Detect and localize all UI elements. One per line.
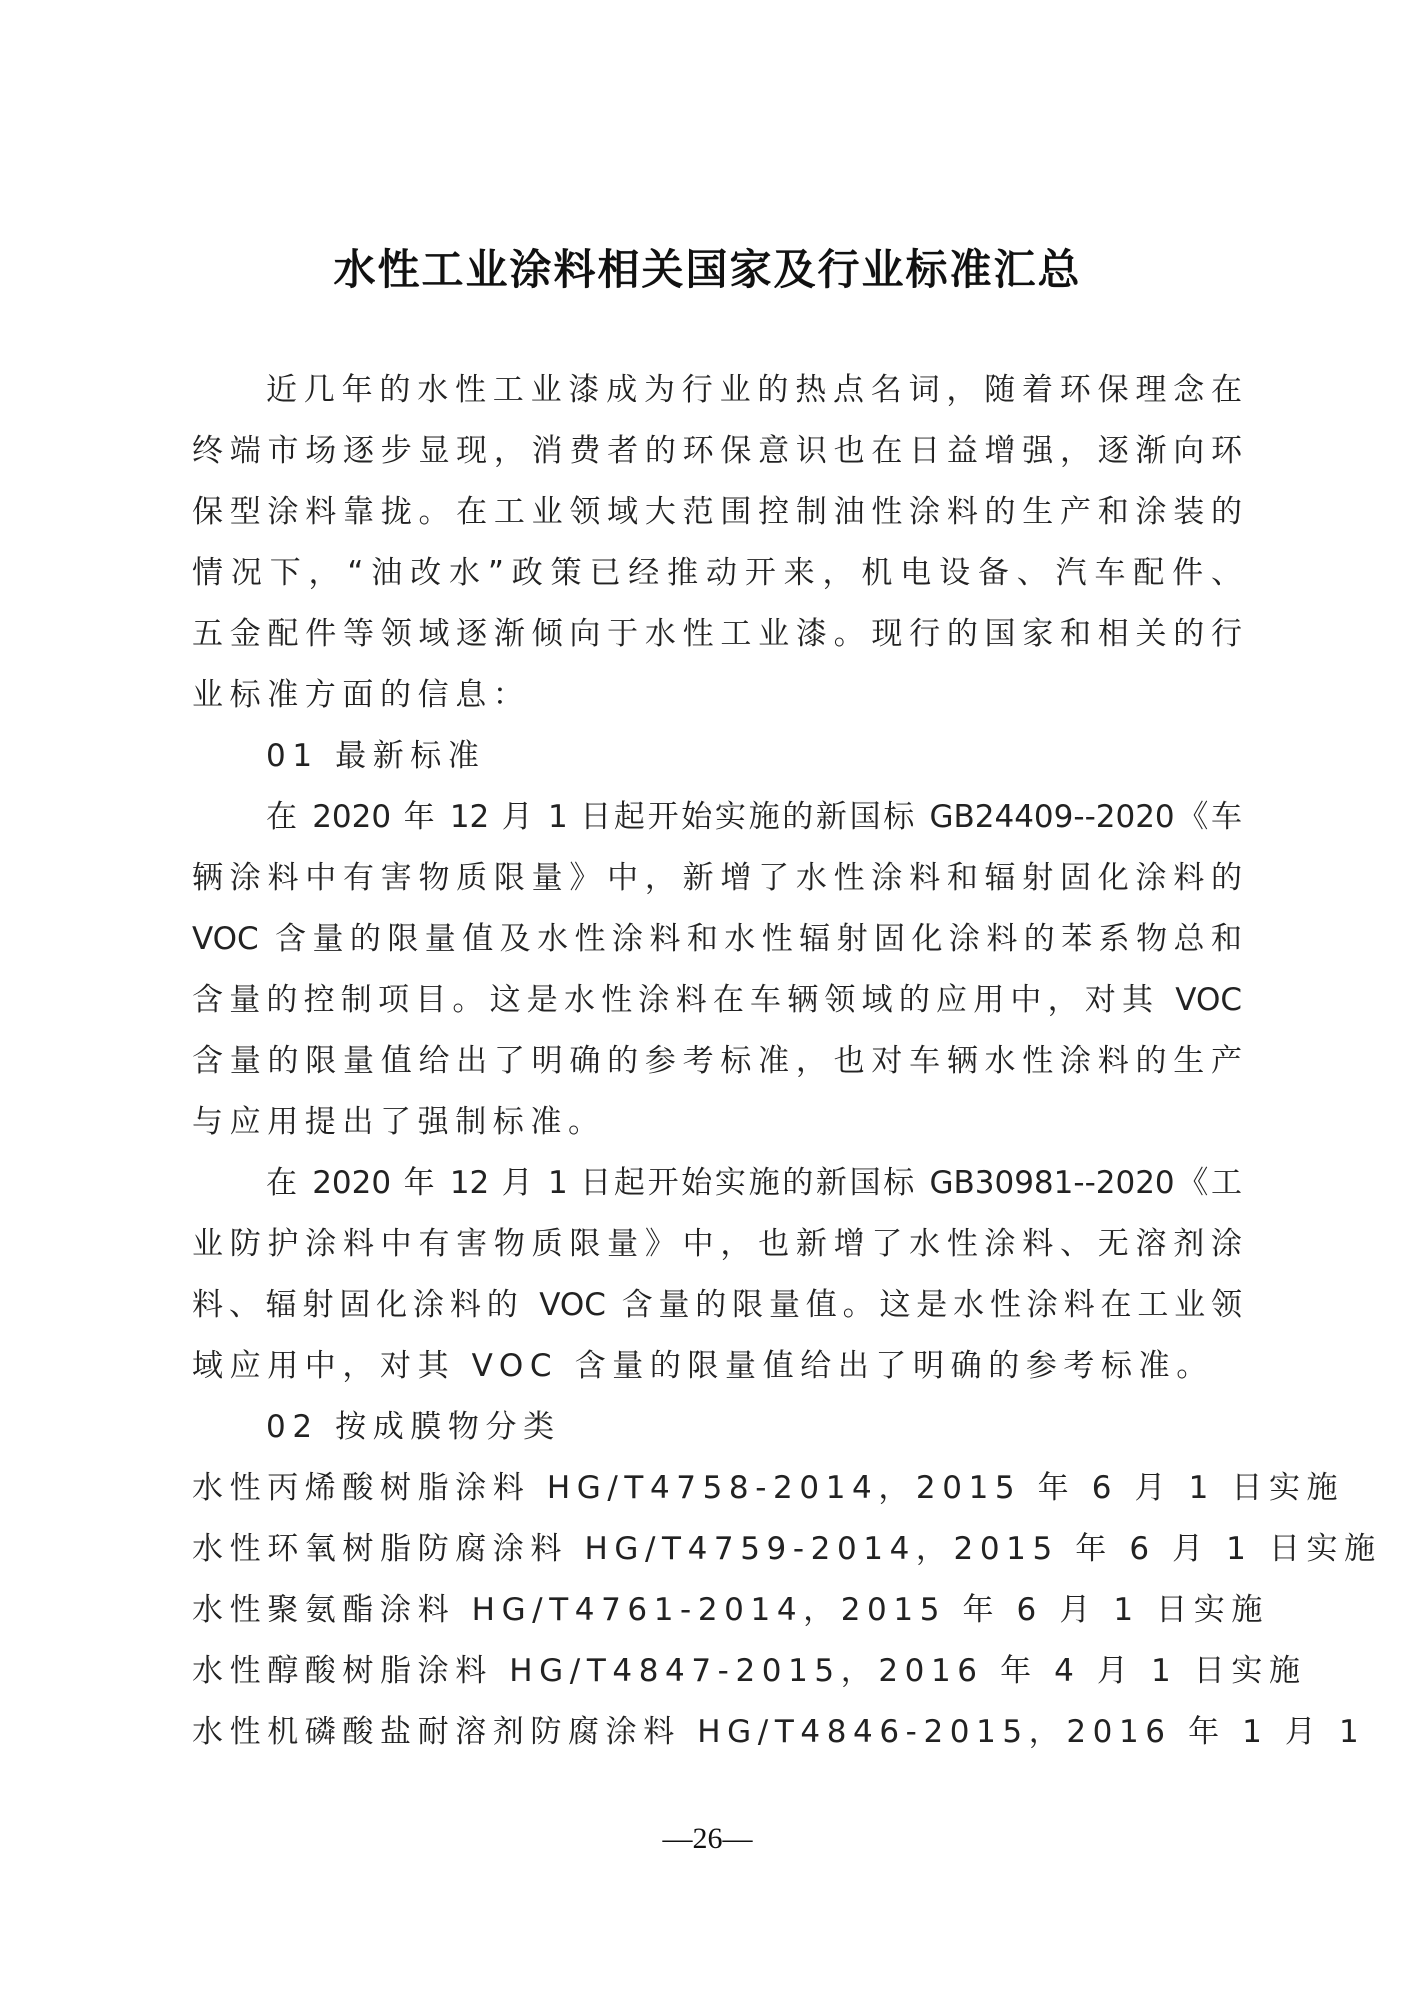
document-body: 近几年的水性工业漆成为行业的热点名词，随着环保理念在终端市场逐步显现，消费者的环… <box>192 360 1242 1763</box>
text-line: 近几年的水性工业漆成为行业的热点名词，随着环保理念在 <box>192 360 1242 421</box>
page-number: —26— <box>0 1822 1415 1856</box>
text-line: 保型涂料靠拢。在工业领域大范围控制油性涂料的生产和涂装的 <box>192 482 1242 543</box>
text-line: 情况下，“油改水”政策已经推动开来，机电设备、汽车配件、 <box>192 543 1242 604</box>
text-line: 01 最新标准 <box>192 726 1242 787</box>
text-line: 域应用中，对其 VOC 含量的限量值给出了明确的参考标准。 <box>192 1336 1242 1397</box>
text-line: 水性丙烯酸树脂涂料 HG/T4758-2014，2015 年 6 月 1 日实施 <box>192 1458 1242 1519</box>
document-page: 水性工业涂料相关国家及行业标准汇总 近几年的水性工业漆成为行业的热点名词，随着环… <box>0 0 1415 2000</box>
text-line: 含量的控制项目。这是水性涂料在车辆领域的应用中，对其 VOC <box>192 970 1242 1031</box>
text-line: 水性醇酸树脂涂料 HG/T4847-2015，2016 年 4 月 1 日实施 <box>192 1641 1242 1702</box>
text-line: 料、辐射固化涂料的 VOC 含量的限量值。这是水性涂料在工业领 <box>192 1275 1242 1336</box>
text-line: 终端市场逐步显现，消费者的环保意识也在日益增强，逐渐向环 <box>192 421 1242 482</box>
text-line: 水性机磷酸盐耐溶剂防腐涂料 HG/T4846-2015，2016 年 1 月 1 <box>192 1702 1242 1763</box>
text-line: 在 2020 年 12 月 1 日起开始实施的新国标 GB24409--2020… <box>192 787 1242 848</box>
text-line: 含量的限量值给出了明确的参考标准，也对车辆水性涂料的生产 <box>192 1031 1242 1092</box>
document-title: 水性工业涂料相关国家及行业标准汇总 <box>0 240 1415 300</box>
text-line: 在 2020 年 12 月 1 日起开始实施的新国标 GB30981--2020… <box>192 1153 1242 1214</box>
text-line: 五金配件等领域逐渐倾向于水性工业漆。现行的国家和相关的行 <box>192 604 1242 665</box>
text-line: VOC 含量的限量值及水性涂料和水性辐射固化涂料的苯系物总和 <box>192 909 1242 970</box>
text-line: 02 按成膜物分类 <box>192 1397 1242 1458</box>
text-line: 辆涂料中有害物质限量》中，新增了水性涂料和辐射固化涂料的 <box>192 848 1242 909</box>
text-line: 与应用提出了强制标准。 <box>192 1092 1242 1153</box>
text-line: 业标准方面的信息： <box>192 665 1242 726</box>
text-line: 水性环氧树脂防腐涂料 HG/T4759-2014，2015 年 6 月 1 日实… <box>192 1519 1242 1580</box>
text-line: 业防护涂料中有害物质限量》中，也新增了水性涂料、无溶剂涂 <box>192 1214 1242 1275</box>
text-line: 水性聚氨酯涂料 HG/T4761-2014，2015 年 6 月 1 日实施 <box>192 1580 1242 1641</box>
